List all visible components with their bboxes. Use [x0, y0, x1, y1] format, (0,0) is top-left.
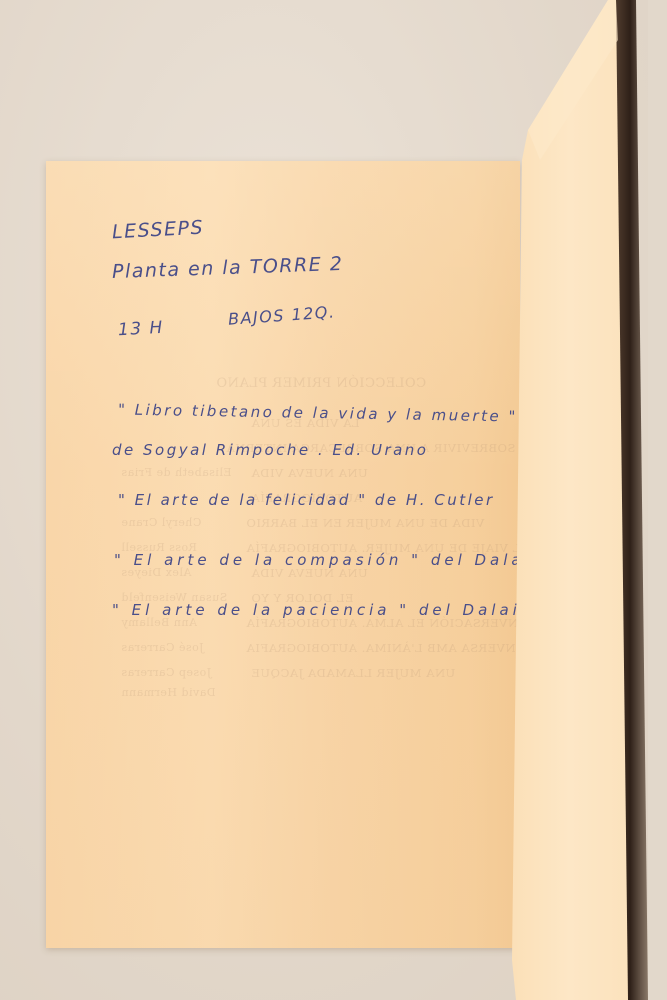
bleed-line: UNA MUJER LLAMADA JACQUE — [251, 666, 455, 680]
bleed-through-title: COLECCIÓN PRIMER PLANO — [216, 376, 426, 391]
handwritten-book-1-author: de Sogyal Rimpoche . Ed. Urano — [112, 441, 429, 459]
bleed-author: Josep Carreras — [121, 666, 211, 679]
handwritten-book-4: " El arte de la paciencia " del Dalai La… — [112, 601, 596, 619]
bleed-line: VIDA DE UNA MUJER EN EL BARRIO — [246, 516, 484, 530]
bleed-author: José Carreras — [121, 641, 204, 654]
bleed-author: Cheryl Crane — [121, 516, 201, 529]
background-right-strip — [648, 0, 667, 1000]
bleed-line: UNA NUEVA VIDA — [251, 466, 368, 480]
book-page: COLECCIÓN PRIMER PLANO LA VIDA ES UNA SO… — [46, 161, 520, 948]
handwritten-book-2: " El arte de la felicidad " de H. Cutler — [118, 491, 495, 509]
handwritten-time: 13 H — [118, 318, 165, 340]
bleed-line: CONVERSA AMB L'ÀNIMA. AUTOBIOGRAFIA — [246, 641, 535, 655]
handwritten-book-3: " El arte de la compasión " del Dalai La… — [114, 551, 599, 569]
bleed-author: David Hermann — [121, 686, 216, 699]
bleed-author: Elisabeth de Frias — [121, 466, 231, 479]
